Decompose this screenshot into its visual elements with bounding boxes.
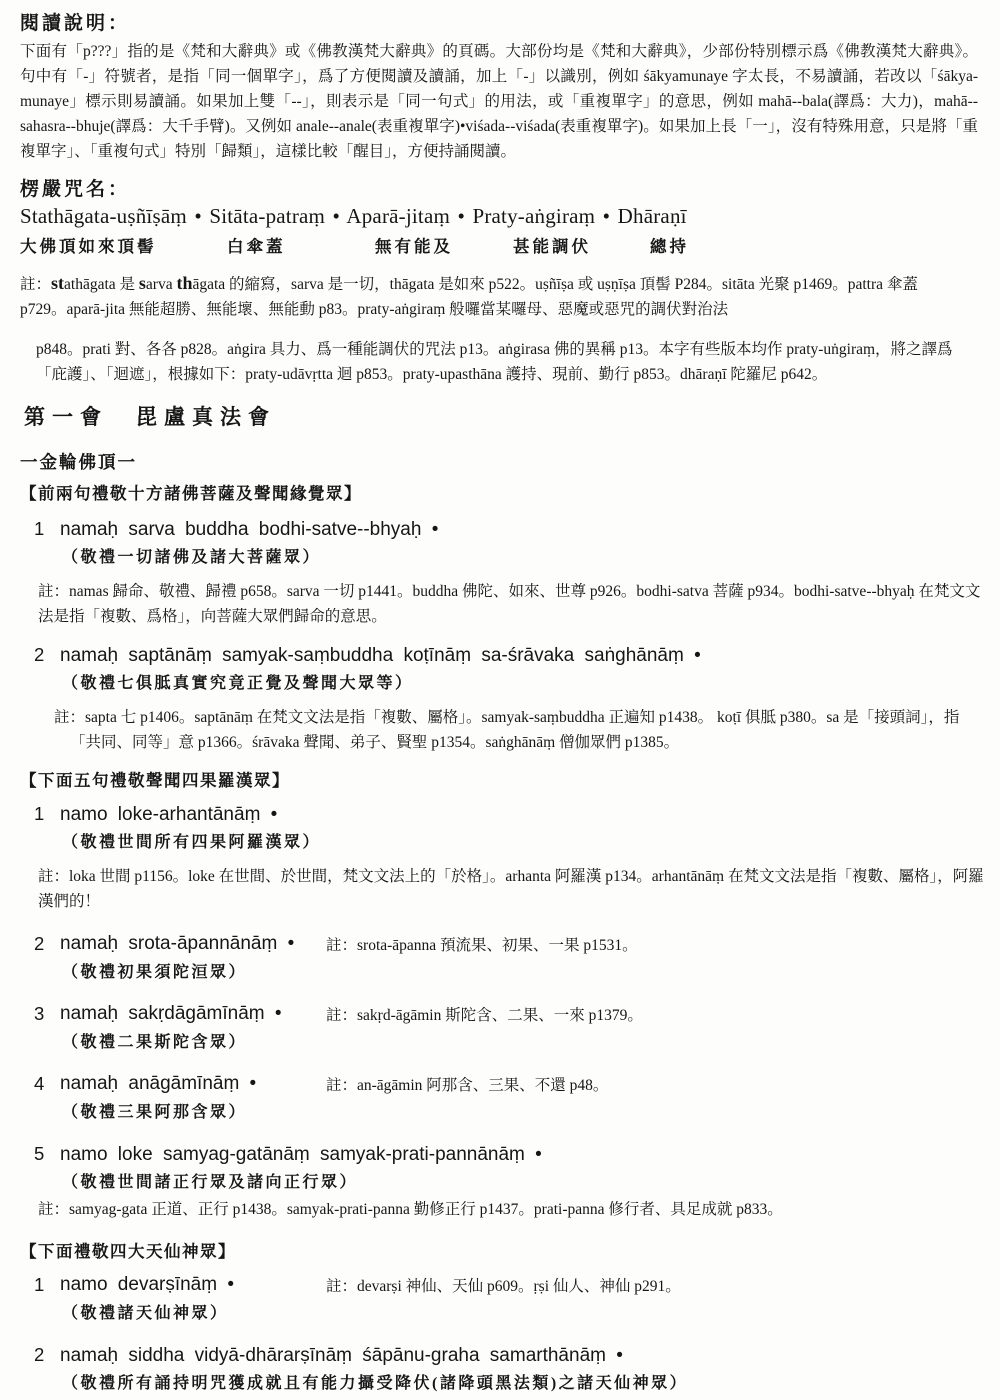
mantra-number: 1 [34, 1272, 60, 1297]
mantra-line-with-note: 3namaḥ sakṛdāgāmīnāṃ • 註：sakṛd-āgāmin 斯陀… [34, 1001, 982, 1027]
bracket-heading-devas: 【下面禮敬四大天仙神眾】 [20, 1238, 982, 1262]
reading-guide-body: 下面有「p???」指的是《梵和大辭典》或《佛教漢梵大辭典》的頁碼。大部份均是《梵… [20, 39, 978, 164]
golden-wheel-subheading: 一金輪佛頂一 [20, 449, 982, 474]
reading-guide-heading: 閱讀說明： [20, 8, 982, 35]
inline-note: 註：devarṣi 神仙、天仙 p609。ṛṣi 仙人、神仙 p291。 [320, 1276, 681, 1298]
note-label: 註： [20, 276, 51, 293]
mantra-number: 2 [34, 642, 60, 667]
mantra-gloss: （敬禮一切諸佛及諸大菩薩眾） [62, 547, 982, 569]
mantra-line-with-note: 1namo devarṣīnāṃ • 註：devarṣi 神仙、天仙 p609。… [34, 1272, 982, 1298]
mantra-note: 註：samyag-gata 正道、正行 p1438。samyak-prati-p… [38, 1197, 986, 1222]
mantra-text: namaḥ sarva buddha bodhi-satve--bhyaḥ • [60, 517, 438, 542]
mantra-text: namaḥ saptānāṃ samyak-saṃbuddha koṭīnāṃ … [60, 643, 701, 668]
mantra-gloss: （敬禮世間諸正行眾及諸向正行眾） [62, 1172, 982, 1194]
mantra-gloss: （敬禮初果須陀洹眾） [62, 962, 982, 984]
assembly-heading: 第一會 毘盧真法會 [24, 401, 982, 431]
mantra-note: 註：loka 世間 p1156。loke 在世間、於世間，梵文文法上的「於格」。… [38, 864, 986, 914]
mantra-note: 註：namas 歸命、敬禮、歸禮 p658。sarva 一切 p1441。bud… [38, 579, 986, 629]
mantra-number: 4 [34, 1071, 60, 1096]
mantra-gloss: （敬禮二果斯陀含眾） [62, 1032, 982, 1054]
mantra-line: 1 namaḥ sarva buddha bodhi-satve--bhyaḥ … [34, 516, 982, 542]
bracket-heading-buddhas: 【前兩句禮敬十方諸佛菩薩及聲聞緣覺眾】 [20, 480, 982, 504]
bold-segment: s [139, 273, 146, 293]
mantra-text: namo devarṣīnāṃ • [60, 1272, 234, 1297]
mantra-line-with-note: 4namaḥ anāgāmīnāṃ • 註：an-āgāmin 阿那含、三果、不… [34, 1071, 982, 1097]
mantra-note: 註：sapta 七 p1406。saptānāṃ 在梵文文法是指「複數、屬格」。… [54, 705, 986, 755]
bold-segment: st [51, 273, 64, 293]
mantra-gloss: （敬禮所有誦持明咒獲成就且有能力攝受降伏(諸降頭黑法類)之諸天仙神眾） [62, 1373, 982, 1395]
sanskrit-title-line: Stathāgata-uṣñīṣāṃ • Sitāta-patraṃ • Apa… [20, 204, 982, 229]
mantra-number: 1 [34, 516, 60, 541]
inline-note: 註：sakṛd-āgāmin 斯陀含、二果、一來 p1379。 [320, 1005, 643, 1027]
title-gloss-row: 大佛頂如來頂髻 白傘蓋 無有能及 甚能調伏 總持 [20, 231, 982, 259]
gloss-item: 總持 [650, 233, 689, 257]
mantra-line: 2 namaḥ siddha vidyā-dhārarṣīnāṃ śāpānu-… [34, 1342, 982, 1368]
inline-note: 註：srota-āpanna 預流果、初果、一果 p1531。 [320, 935, 638, 957]
gloss-item: 甚能調伏 [513, 233, 591, 257]
mantra-gloss: （敬禮世間所有四果阿羅漢眾） [62, 832, 982, 854]
mantra-gloss: （敬禮七俱胝真實究竟正覺及聲聞大眾等） [62, 673, 982, 695]
mantra-number: 2 [34, 931, 60, 956]
mantra-line: 1 namo loke-arhantānāṃ • [34, 801, 982, 827]
mantra-line: 5 namo loke samyag-gatānāṃ samyak-prati-… [34, 1141, 982, 1167]
mantra-text: namo loke samyag-gatānāṃ samyak-prati-pa… [60, 1142, 542, 1167]
bracket-heading-arhats: 【下面五句禮敬聲聞四果羅漢眾】 [20, 767, 982, 791]
mantra-number: 5 [34, 1141, 60, 1166]
title-note-continuation: p848。prati 對、各各 p828。aṅgira 具力、爲一種能調伏的咒法… [36, 337, 966, 387]
gloss-item: 大佛頂如來頂髻 [20, 233, 157, 257]
mantra-text: namaḥ anāgāmīnāṃ • [60, 1071, 256, 1096]
mantra-line: 2 namaḥ saptānāṃ samyak-saṃbuddha koṭīnā… [34, 642, 982, 668]
mantra-title-heading: 楞嚴咒名： [20, 174, 982, 201]
mantra-number: 2 [34, 1342, 60, 1367]
mantra-text: namaḥ siddha vidyā-dhārarṣīnāṃ śāpānu-gr… [60, 1343, 623, 1368]
mantra-text: namaḥ sakṛdāgāmīnāṃ • [60, 1001, 282, 1026]
gloss-item: 無有能及 [375, 233, 453, 257]
mantra-gloss: （敬禮三果阿那含眾） [62, 1102, 982, 1124]
inline-note: 註：an-āgāmin 阿那含、三果、不還 p48。 [320, 1075, 608, 1097]
gloss-item: 白傘蓋 [227, 233, 286, 257]
mantra-text: namo loke-arhantānāṃ • [60, 802, 277, 827]
bold-segment: th [176, 273, 192, 293]
mantra-line-with-note: 2namaḥ srota-āpannānāṃ • 註：srota-āpanna … [34, 931, 982, 957]
mantra-text: namaḥ srota-āpannānāṃ • [60, 931, 294, 956]
scanned-document-page: 閱讀說明： 下面有「p???」指的是《梵和大辭典》或《佛教漢梵大辭典》的頁碼。大… [0, 0, 1000, 1400]
title-note: 註：stathāgata 是 sarva thāgata 的縮寫，sarva 是… [20, 271, 968, 322]
mantra-gloss: （敬禮諸天仙神眾） [62, 1303, 982, 1325]
mantra-number: 1 [34, 801, 60, 826]
mantra-number: 3 [34, 1001, 60, 1026]
